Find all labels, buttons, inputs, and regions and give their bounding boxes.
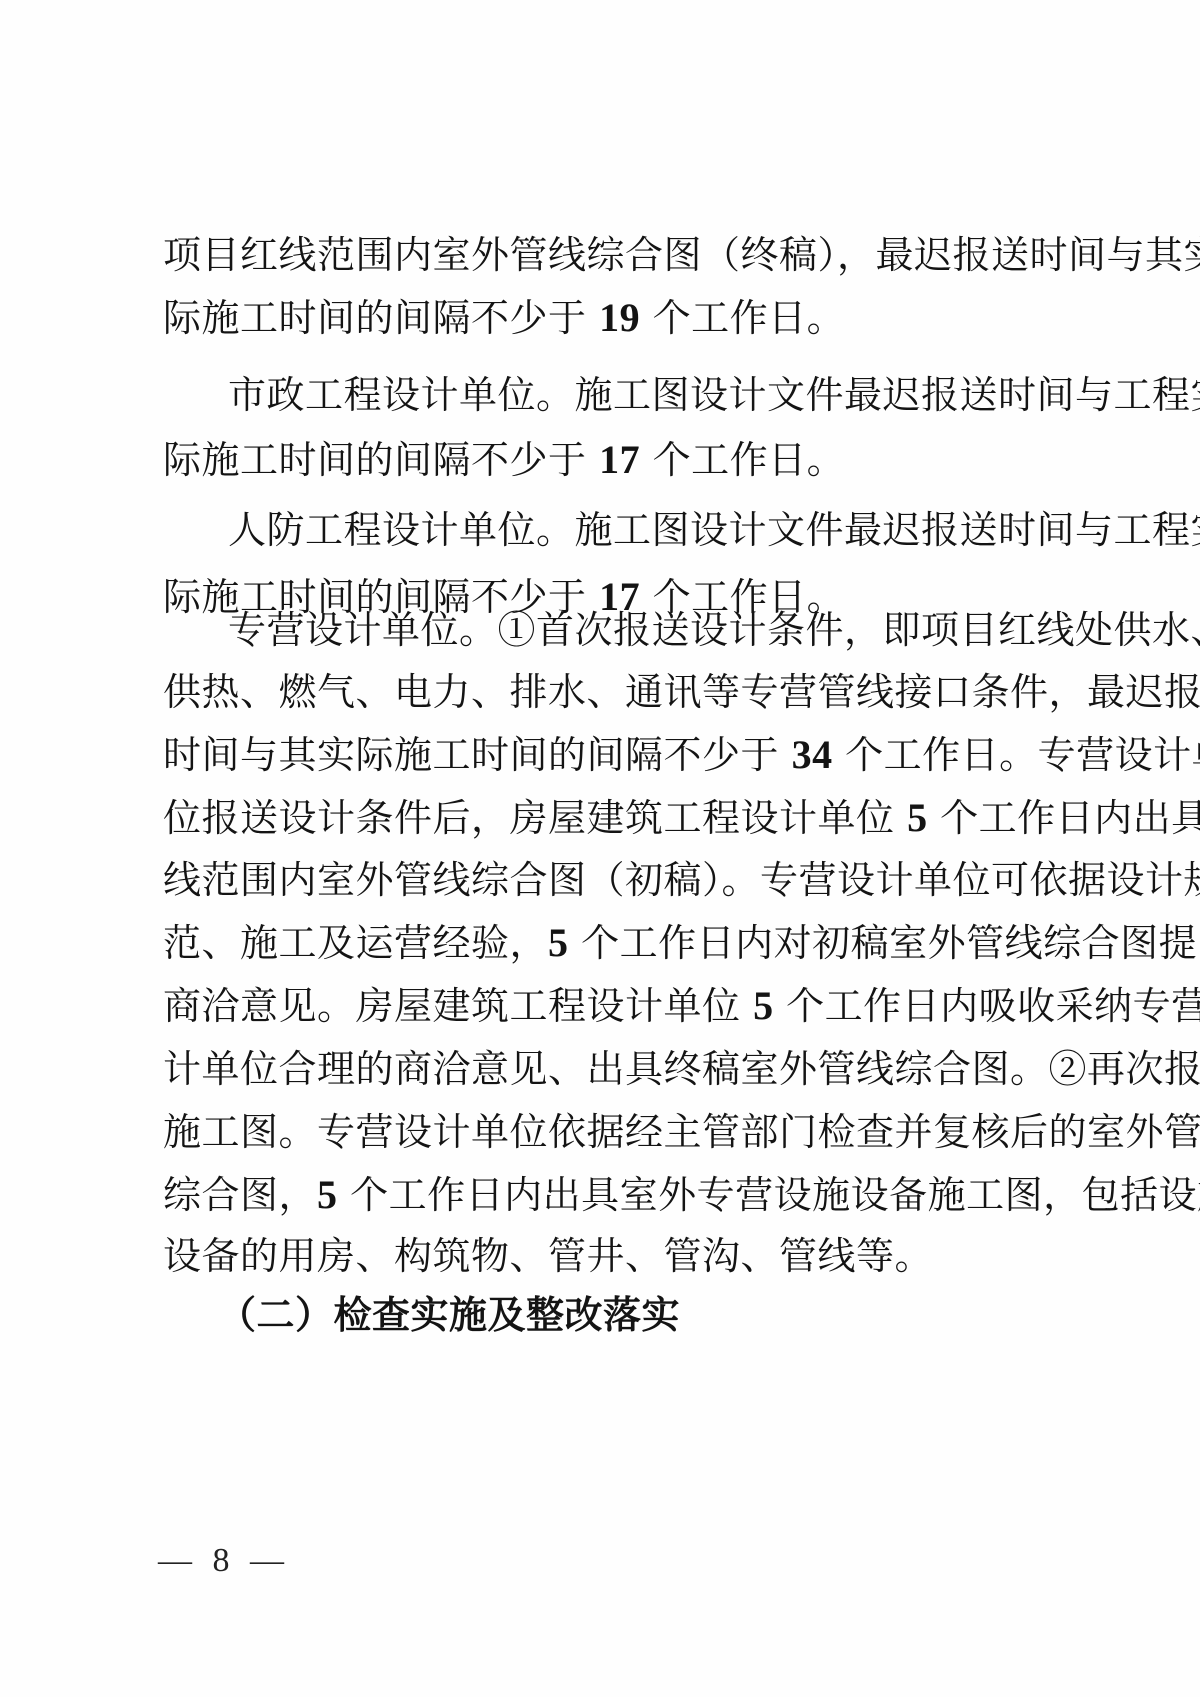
- page-number: — 8 —: [158, 1542, 290, 1580]
- text-run: 商洽意见。房屋建筑工程设计单位: [163, 984, 753, 1028]
- text-run: 时间与其实际施工时间的间隔不少于: [163, 733, 792, 777]
- text-run: 个工作日。: [640, 296, 845, 340]
- text-line: 计单位合理的商洽意见、出具终稿室外管线综合图。②再次报送: [163, 1045, 1063, 1093]
- text-line: 施工图。专营设计单位依据经主管部门检查并复核后的室外管线: [163, 1108, 1063, 1156]
- numeral: 17: [599, 437, 640, 482]
- text-run: 项目红线范围内室外管线综合图（终稿），最迟报送时间与其实: [163, 233, 1200, 277]
- text-run: 市政工程设计单位。施工图设计文件最迟报送时间与工程实: [228, 373, 1200, 417]
- text-run: 计单位合理的商洽意见、出具终稿室外管线综合图。②再次报送: [163, 1047, 1200, 1091]
- text-run: 际施工时间的间隔不少于: [163, 296, 599, 340]
- text-line: 设备的用房、构筑物、管井、管沟、管线等。: [163, 1232, 1063, 1280]
- text-line: 时间与其实际施工时间的间隔不少于 34 个工作日。专营设计单: [163, 731, 1063, 779]
- text-run: 个工作日内出具红: [928, 796, 1200, 840]
- text-line: 线范围内室外管线综合图（初稿）。专营设计单位可依据设计规: [163, 856, 1063, 904]
- text-run: 人防工程设计单位。施工图设计文件最迟报送时间与工程实: [228, 508, 1200, 552]
- text-run: 个工作日内出具室外专营设施设备施工图，包括设施: [338, 1173, 1200, 1217]
- text-line: 商洽意见。房屋建筑工程设计单位 5 个工作日内吸收采纳专营设: [163, 982, 1063, 1030]
- text-line: 项目红线范围内室外管线综合图（终稿），最迟报送时间与其实: [163, 231, 1063, 279]
- text-line: 际施工时间的间隔不少于 19 个工作日。: [163, 294, 1063, 342]
- text-run: 个工作日。专营设计单: [833, 733, 1200, 777]
- document-page: 项目红线范围内室外管线综合图（终稿），最迟报送时间与其实际施工时间的间隔不少于 …: [0, 0, 1200, 1697]
- text-run: 设备的用房、构筑物、管井、管沟、管线等。: [163, 1234, 933, 1278]
- numeral: 5: [907, 795, 928, 840]
- text-line: 专营设计单位。①首次报送设计条件，即项目红线处供水、: [228, 606, 1128, 654]
- text-run: 个工作日内对初稿室外管线综合图提出: [569, 921, 1200, 965]
- text-run: 际施工时间的间隔不少于: [163, 438, 599, 482]
- text-line: 范、施工及运营经验，5 个工作日内对初稿室外管线综合图提出: [163, 919, 1063, 967]
- text-run: 范、施工及运营经验，: [163, 921, 548, 965]
- text-line: 人防工程设计单位。施工图设计文件最迟报送时间与工程实: [228, 506, 1128, 554]
- numeral: 19: [599, 295, 640, 340]
- text-line: 综合图，5 个工作日内出具室外专营设施设备施工图，包括设施: [163, 1171, 1063, 1219]
- numeral: 5: [753, 983, 774, 1028]
- text-line: 市政工程设计单位。施工图设计文件最迟报送时间与工程实: [228, 371, 1128, 419]
- numeral: 34: [792, 732, 833, 777]
- text-run: 综合图，: [163, 1173, 317, 1217]
- text-run: 专营设计单位。①首次报送设计条件，即项目红线处供水、: [228, 608, 1200, 652]
- text-line: 际施工时间的间隔不少于 17 个工作日。: [163, 436, 1063, 484]
- text-line: 位报送设计条件后，房屋建筑工程设计单位 5 个工作日内出具红: [163, 794, 1063, 842]
- section-heading: （二）检查实施及整改落实: [218, 1291, 1118, 1339]
- text-run: 供热、燃气、电力、排水、通讯等专营管线接口条件，最迟报送: [163, 670, 1200, 714]
- text-run: 个工作日。: [640, 438, 845, 482]
- text-run: 位报送设计条件后，房屋建筑工程设计单位: [163, 796, 907, 840]
- text-line: 供热、燃气、电力、排水、通讯等专营管线接口条件，最迟报送: [163, 668, 1063, 716]
- text-run: 施工图。专营设计单位依据经主管部门检查并复核后的室外管线: [163, 1110, 1200, 1154]
- text-run: 线范围内室外管线综合图（初稿）。专营设计单位可依据设计规: [163, 858, 1200, 902]
- text-run: 个工作日内吸收采纳专营设: [774, 984, 1200, 1028]
- numeral: 5: [317, 1172, 338, 1217]
- numeral: 5: [548, 920, 569, 965]
